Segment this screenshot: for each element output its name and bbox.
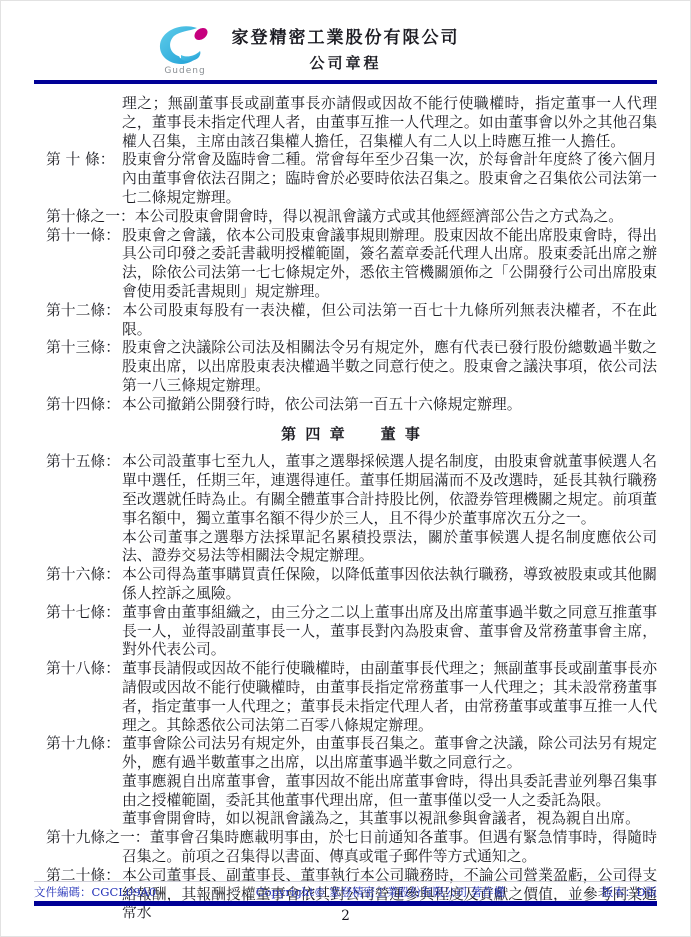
article-paragraph: 第十一條：股東會之會議，依本公司股東會議事規則辦理。股東因故不能出席股東會時，得… <box>46 227 657 302</box>
article-label: 第十七條： <box>46 604 122 623</box>
article-paragraph: 第十七條：董事會由董事組織之，由三分之二以上董事出席及出席董事過半數之同意互推董… <box>46 604 657 660</box>
logo-wordmark: Gudeng <box>151 66 219 76</box>
article-continuation-paragraph: 董事會開會時，如以視訊會議為之，其董事以視訊參與會議者，視為親自出席。 <box>46 810 657 829</box>
article-paragraph: 第十三條：股東會之決議除公司法及相關法令另有規定外，應有代表已發行股份總數過半數… <box>46 339 657 395</box>
page-number: 2 <box>34 908 657 924</box>
article-paragraph: 第 十 條：股東會分常會及臨時會二種。常會每年至少召集一次，於每會計年度終了後六… <box>46 151 657 207</box>
version-label: 版本：D版 <box>577 885 657 899</box>
article-paragraph: 第十條之一：本公司股東會開會時，得以視訊會議方式或其他經經濟部公告之方式為之。 <box>46 208 657 227</box>
page-footer: 文件編碼：CGCL09A0 Copyright© 家登精密工業股份有限公司 著作… <box>34 881 657 924</box>
document-number: 文件編碼：CGCL09A0 <box>34 885 184 899</box>
copyright-notice: Copyright© 家登精密工業股份有限公司 著作權 <box>256 885 505 899</box>
article-label: 第十一條： <box>46 227 122 246</box>
article-label: 第十五條： <box>46 453 122 472</box>
page-header: Gudeng 家登精密工業股份有限公司 公司章程 <box>1 1 690 84</box>
article-label: 第十四條： <box>46 396 122 415</box>
continuation-paragraph: 理之；無副董事長或副董事長亦請假或因故不能行使職權時，指定董事一人代理之，董事長… <box>46 95 657 151</box>
article-continuation-paragraph: 本公司董事之選舉方法採單記名累積投票法，關於董事候選人提名制度應依公司法、證券交… <box>46 529 657 567</box>
footer-info-row: 文件編碼：CGCL09A0 Copyright© 家登精密工業股份有限公司 著作… <box>34 881 657 899</box>
article-label: 第 十 條： <box>46 151 122 170</box>
article-label: 第十九條： <box>46 735 122 754</box>
article-label: 第十二條： <box>46 302 122 321</box>
article-paragraph: 第十二條：本公司股東每股有一表決權，但公司法第一百七十九條所列無表決權者，不在此… <box>46 302 657 340</box>
company-logo: Gudeng <box>151 25 219 76</box>
article-paragraph: 第十九條之一：董事會召集時應載明事由，於七日前通知各董事。但遇有緊急情事時，得隨… <box>46 829 657 867</box>
article-paragraph: 第十九條：董事會除公司法另有規定外，由董事長召集之。董事會之決議，除公司法另有規… <box>46 735 657 773</box>
article-label: 第十九條之一： <box>46 829 150 848</box>
article-paragraph: 第十五條：本公司設董事七至九人，董事之選舉採候選人提名制度，由股東會就董事候選人… <box>46 453 657 528</box>
article-paragraph: 第十四條：本公司撤銷公開發行時，依公司法第一百五十六條規定辦理。 <box>46 396 657 415</box>
article-label: 第十八條： <box>46 660 122 679</box>
article-label: 第十六條： <box>46 566 122 585</box>
document-title: 公司章程 <box>1 52 690 73</box>
article-label: 第十條之一： <box>46 208 135 227</box>
company-name: 家登精密工業股份有限公司 <box>1 27 690 49</box>
header-rule <box>34 80 657 84</box>
article-label: 第十三條： <box>46 339 122 358</box>
article-continuation-paragraph: 董事應親自出席董事會，董事因故不能出席董事會時，得出具委託書並列舉召集事由之授權… <box>46 773 657 811</box>
footer-rule <box>34 901 657 906</box>
document-body: 理之；無副董事長或副董事長亦請假或因故不能行使職權時，指定董事一人代理之，董事長… <box>46 95 657 923</box>
gudeng-logo-icon <box>157 25 213 65</box>
article-paragraph: 第十六條：本公司得為董事購買責任保險，以降低董事因依法執行職務，導致被股東或其他… <box>46 566 657 604</box>
document-page: Gudeng 家登精密工業股份有限公司 公司章程 理之；無副董事長或副董事長亦請… <box>0 0 691 937</box>
chapter-heading: 第 四 章 董 事 <box>46 425 657 444</box>
article-paragraph: 第十八條：董事長請假或因故不能行使職權時，由副董事長代理之；無副董事長或副董事長… <box>46 660 657 735</box>
